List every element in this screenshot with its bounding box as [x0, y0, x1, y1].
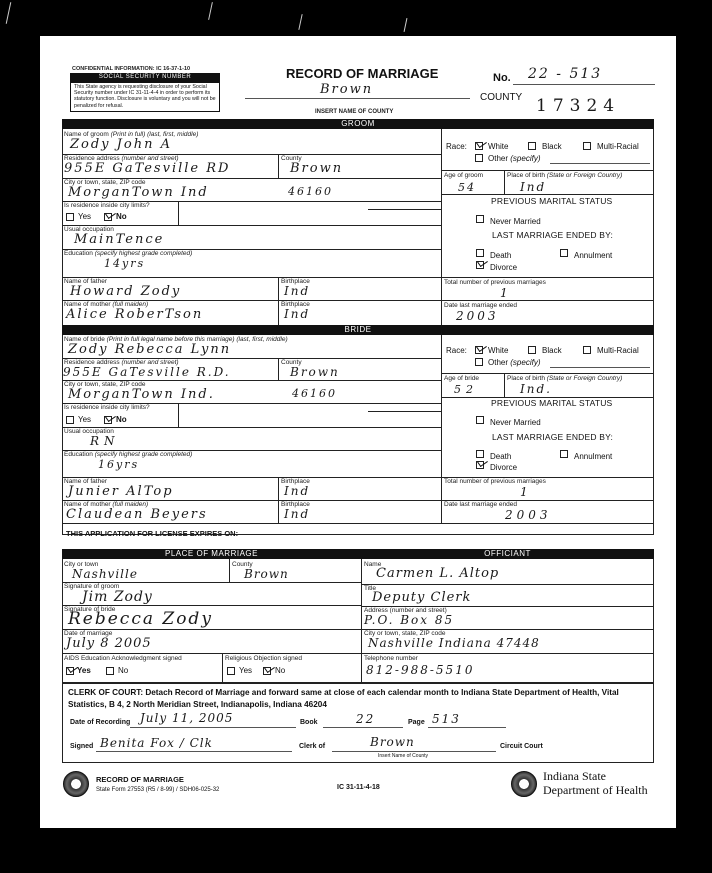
bride-ended-divorce-checkbox[interactable] — [476, 461, 484, 469]
divider — [178, 201, 179, 225]
bride-ended-divorce-label: Divorce — [490, 463, 517, 472]
health-dept-seal-icon — [511, 771, 537, 797]
signed-label: Signed — [70, 743, 93, 750]
bride-zip-value[interactable]: 46160 — [292, 387, 337, 400]
bride-father-birthplace-value[interactable]: Ind — [284, 484, 310, 498]
scan-artifact — [404, 18, 408, 32]
groom-mother-birthplace-value[interactable]: Ind — [284, 307, 310, 321]
bride-county-value[interactable]: Brown — [290, 365, 340, 379]
county-line — [245, 98, 470, 99]
place-county-value[interactable]: Brown — [244, 567, 289, 581]
page-line — [428, 727, 506, 728]
divider — [441, 170, 654, 171]
race-other-line — [550, 367, 650, 368]
groom-city-limits-no-checkbox[interactable] — [104, 213, 112, 221]
officiant-title-value[interactable]: Deputy Clerk — [372, 590, 471, 605]
bride-never-married-checkbox[interactable] — [476, 416, 484, 424]
book-line — [323, 727, 403, 728]
groom-section-header: GROOM — [62, 119, 654, 129]
marriage-date-value[interactable]: July 8 2005 — [66, 636, 152, 651]
scan-artifact — [298, 14, 302, 30]
divider — [368, 411, 441, 412]
bride-prev-status-title: PREVIOUS MARITAL STATUS — [491, 398, 612, 408]
state-seal-icon — [63, 771, 89, 797]
place-city-value[interactable]: Nashville — [72, 567, 138, 581]
officiant-phone-value[interactable]: 812-988-5510 — [366, 663, 474, 677]
divider — [278, 277, 279, 325]
bride-occupation-value[interactable]: RN — [90, 434, 120, 448]
groom-race-multiracial-label: Multi-Racial — [597, 142, 639, 151]
bride-signature-value[interactable]: Rebecca Zody — [68, 609, 213, 629]
aids-ack-yes-label: Yes — [77, 666, 91, 675]
groom-race-black-label: Black — [542, 142, 562, 151]
divider — [441, 335, 442, 523]
health-dept-name: Indiana State Department of Health — [543, 769, 648, 797]
groom-occupation-value[interactable]: MainTence — [74, 232, 164, 247]
bride-birthplace-value[interactable]: Ind. — [520, 382, 552, 396]
bride-race-black-checkbox[interactable] — [528, 346, 536, 354]
groom-city-limits-yes-label: Yes — [78, 212, 91, 221]
groom-race-other-checkbox[interactable] — [475, 154, 483, 162]
groom-race-other-label: Other (specify) — [488, 154, 540, 163]
bride-race-white-checkbox[interactable] — [475, 346, 483, 354]
bride-ended-death-label: Death — [490, 452, 511, 461]
groom-ended-death-checkbox[interactable] — [476, 249, 484, 257]
groom-race-white-checkbox[interactable] — [475, 142, 483, 150]
groom-race-white-label: White — [488, 142, 508, 151]
bride-city-limits-yes-checkbox[interactable] — [66, 416, 74, 424]
book-label: Book — [300, 719, 318, 726]
bride-never-married-label: Never Married — [490, 418, 541, 427]
religious-objection-no-label: No — [275, 666, 285, 675]
bride-city-limits-no-label: No — [116, 415, 127, 424]
circuit-court-label: Circuit Court — [500, 743, 543, 750]
religious-objection-no-checkbox[interactable] — [263, 667, 271, 675]
bride-ended-annulment-checkbox[interactable] — [560, 450, 568, 458]
groom-ended-annulment-checkbox[interactable] — [560, 249, 568, 257]
divider — [504, 170, 505, 194]
race-other-line — [550, 163, 650, 164]
divider — [441, 373, 654, 374]
divider — [361, 653, 654, 654]
officiant-name-value[interactable]: Carmen L. Altop — [376, 566, 499, 581]
groom-ended-death-label: Death — [490, 251, 511, 260]
health-dept-line1: Indiana State — [543, 769, 648, 783]
confidential-notice: CONFIDENTIAL INFORMATION: IC 16-37-1-10 — [72, 66, 190, 72]
groom-zip-value[interactable]: 46160 — [288, 185, 333, 198]
groom-never-married-checkbox[interactable] — [476, 215, 484, 223]
groom-city-value[interactable]: MorganTown Ind — [68, 185, 209, 200]
divider — [178, 403, 179, 427]
divider — [441, 194, 654, 195]
groom-race-multiracial-checkbox[interactable] — [583, 142, 591, 150]
bride-mother-birthplace-value[interactable]: Ind — [284, 507, 310, 521]
bride-last-ended-title: LAST MARRIAGE ENDED BY: — [492, 432, 613, 442]
groom-ended-annulment-label: Annulment — [574, 251, 612, 260]
clerk-of-value[interactable]: Brown — [370, 735, 415, 749]
groom-never-married-label: Never Married — [490, 217, 541, 226]
page-value[interactable]: 513 — [432, 712, 461, 726]
divider — [361, 559, 362, 683]
bride-age-label: Age of bride — [444, 375, 479, 382]
bride-education-value[interactable]: 16yrs — [98, 458, 139, 471]
clerk-instruction: CLERK OF COURT: Detach Record of Marriag… — [68, 687, 652, 711]
county-name-value: Brown — [320, 82, 373, 97]
groom-city-limits-no-label: No — [116, 212, 127, 221]
groom-county-value[interactable]: Brown — [290, 161, 343, 176]
divider — [229, 559, 230, 582]
groom-father-birthplace-value[interactable]: Ind — [284, 284, 310, 298]
officiant-city-value[interactable]: Nashville Indiana 47448 — [368, 636, 540, 650]
divider — [62, 225, 441, 226]
bride-ended-annulment-label: Annulment — [574, 452, 612, 461]
footer-statute: IC 31-11-4-18 — [337, 784, 380, 791]
bride-total-prev-label: Total number of previous marriages — [444, 478, 546, 485]
officiant-section-header: OFFICIANT — [361, 549, 654, 559]
bride-address-value[interactable]: 955E GaTesville R.D. — [63, 365, 231, 379]
clerk-of-label: Clerk of — [299, 743, 325, 750]
groom-birthplace-label: Place of birth (State or Foreign Country… — [507, 172, 622, 179]
divider — [62, 300, 654, 301]
signed-value[interactable]: Benita Fox / Clk — [100, 736, 213, 750]
aids-ack-label: AIDS Education Acknowledgment signed — [64, 655, 182, 662]
bride-date-last-ended-label: Date last marriage ended — [444, 501, 517, 508]
groom-address-value[interactable]: 955E GaTesville RD — [64, 161, 230, 176]
groom-birthplace-value[interactable]: Ind — [520, 180, 546, 194]
bride-race-other-label: Other (specify) — [488, 358, 540, 367]
bride-education-label: Education (specify highest grade complet… — [64, 451, 192, 458]
groom-total-prev-value[interactable]: 1 — [500, 286, 510, 300]
signed-line — [96, 751, 292, 752]
recording-date-value[interactable]: July 11, 2005 — [140, 711, 233, 725]
bride-total-prev-value[interactable]: 1 — [520, 485, 530, 499]
bride-date-last-ended-value[interactable]: 2003 — [505, 508, 552, 522]
groom-age-value[interactable]: 54 — [458, 181, 476, 194]
divider — [278, 358, 279, 380]
groom-ended-divorce-label: Divorce — [490, 263, 517, 272]
groom-last-ended-title: LAST MARRIAGE ENDED BY: — [492, 230, 613, 240]
divider — [62, 427, 441, 428]
insert-county-label: INSERT NAME OF COUNTY — [315, 109, 393, 115]
license-expires-label: THIS APPLICATION FOR LICENSE EXPIRES ON: — [66, 529, 238, 538]
record-no-label: No. — [493, 72, 511, 84]
page-title: RECORD OF MARRIAGE — [286, 66, 438, 81]
groom-total-prev-label: Total number of previous marriages — [444, 279, 546, 286]
aids-ack-no-checkbox[interactable] — [106, 667, 114, 675]
footer-form-number: State Form 27553 (R5 / 8-99) / SDH06-025… — [96, 787, 219, 793]
divider — [368, 209, 441, 210]
divider — [278, 154, 279, 178]
groom-mother-value[interactable]: Alice RoberTson — [66, 307, 203, 322]
record-no-value: 22 - 513 — [528, 66, 602, 82]
divider — [62, 523, 654, 524]
bride-city-limits-no-checkbox[interactable] — [104, 416, 112, 424]
groom-age-label: Age of groom — [444, 172, 483, 179]
divider — [62, 477, 654, 478]
groom-date-last-ended-value[interactable]: 2003 — [456, 309, 499, 323]
record-no-line — [513, 84, 655, 85]
scan-artifact — [208, 2, 213, 20]
bride-age-value[interactable]: 52 — [454, 383, 478, 396]
health-dept-line2: Department of Health — [543, 783, 648, 797]
license-expires-value[interactable] — [240, 527, 440, 537]
bride-race-label: Race: — [446, 346, 467, 355]
religious-objection-label: Religious Objection signed — [225, 655, 302, 662]
bride-race-multiracial-checkbox[interactable] — [583, 346, 591, 354]
divider — [62, 653, 361, 654]
officiant-phone-label: Telephone number — [364, 655, 418, 662]
groom-race-black-checkbox[interactable] — [528, 142, 536, 150]
divider — [62, 500, 654, 501]
bride-section-header: BRIDE — [62, 325, 654, 335]
groom-date-last-ended-label: Date last marriage ended — [444, 302, 517, 309]
stamp-number: 17324 — [536, 96, 620, 116]
aids-ack-no-label: No — [118, 666, 128, 675]
divider — [62, 277, 654, 278]
page-label: Page — [408, 719, 425, 726]
groom-city-limits-label: Is residence inside city limits? — [64, 202, 150, 209]
ssn-title: SOCIAL SECURITY NUMBER — [70, 73, 220, 82]
divider — [222, 653, 223, 683]
groom-ended-divorce-checkbox[interactable] — [476, 261, 484, 269]
bride-father-value[interactable]: Junier AlTop — [68, 484, 174, 499]
insert-county-name-label: Insert Name of County — [378, 753, 428, 759]
divider — [361, 584, 654, 585]
religious-objection-yes-checkbox[interactable] — [227, 667, 235, 675]
divider — [441, 129, 442, 325]
bride-city-limits-label: Is residence inside city limits? — [64, 404, 150, 411]
groom-signature-value[interactable]: Jim Zody — [82, 589, 153, 605]
clerk-of-line — [332, 751, 496, 752]
recording-date-label: Date of Recording — [70, 719, 130, 726]
scan-artifact — [6, 2, 12, 24]
place-section-header: PLACE OF MARRIAGE — [62, 549, 361, 559]
bride-race-other-checkbox[interactable] — [475, 358, 483, 366]
aids-ack-yes-checkbox[interactable] — [66, 667, 74, 675]
bride-name-value[interactable]: Zody Rebecca Lynn — [68, 342, 231, 357]
groom-education-label: Education (specify highest grade complet… — [64, 250, 192, 257]
ssn-notice: This State agency is requesting disclosu… — [70, 82, 220, 112]
groom-father-value[interactable]: Howard Zody — [70, 284, 181, 299]
bride-race-black-label: Black — [542, 346, 562, 355]
bride-race-white-label: White — [488, 346, 508, 355]
groom-prev-status-title: PREVIOUS MARITAL STATUS — [491, 196, 612, 206]
bride-mother-value[interactable]: Claudean Beyers — [66, 507, 208, 522]
divider — [504, 373, 505, 397]
bride-race-multiracial-label: Multi-Racial — [597, 346, 639, 355]
bride-city-limits-yes-label: Yes — [78, 415, 91, 424]
footer-form-title: RECORD OF MARRIAGE — [96, 775, 184, 784]
book-value[interactable]: 22 — [356, 712, 375, 726]
county-label: COUNTY — [480, 92, 522, 103]
groom-race-label: Race: — [446, 142, 467, 151]
religious-objection-yes-label: Yes — [239, 666, 252, 675]
bride-birthplace-label: Place of birth (State or Foreign Country… — [507, 375, 622, 382]
groom-name-value[interactable]: Zody John A — [70, 137, 172, 152]
bride-city-value[interactable]: MorganTown Ind. — [68, 387, 215, 402]
officiant-address-value[interactable]: P.O. Box 85 — [364, 613, 454, 627]
groom-education-value[interactable]: 14yrs — [104, 257, 145, 270]
recording-date-line — [130, 727, 296, 728]
groom-city-limits-yes-checkbox[interactable] — [66, 213, 74, 221]
